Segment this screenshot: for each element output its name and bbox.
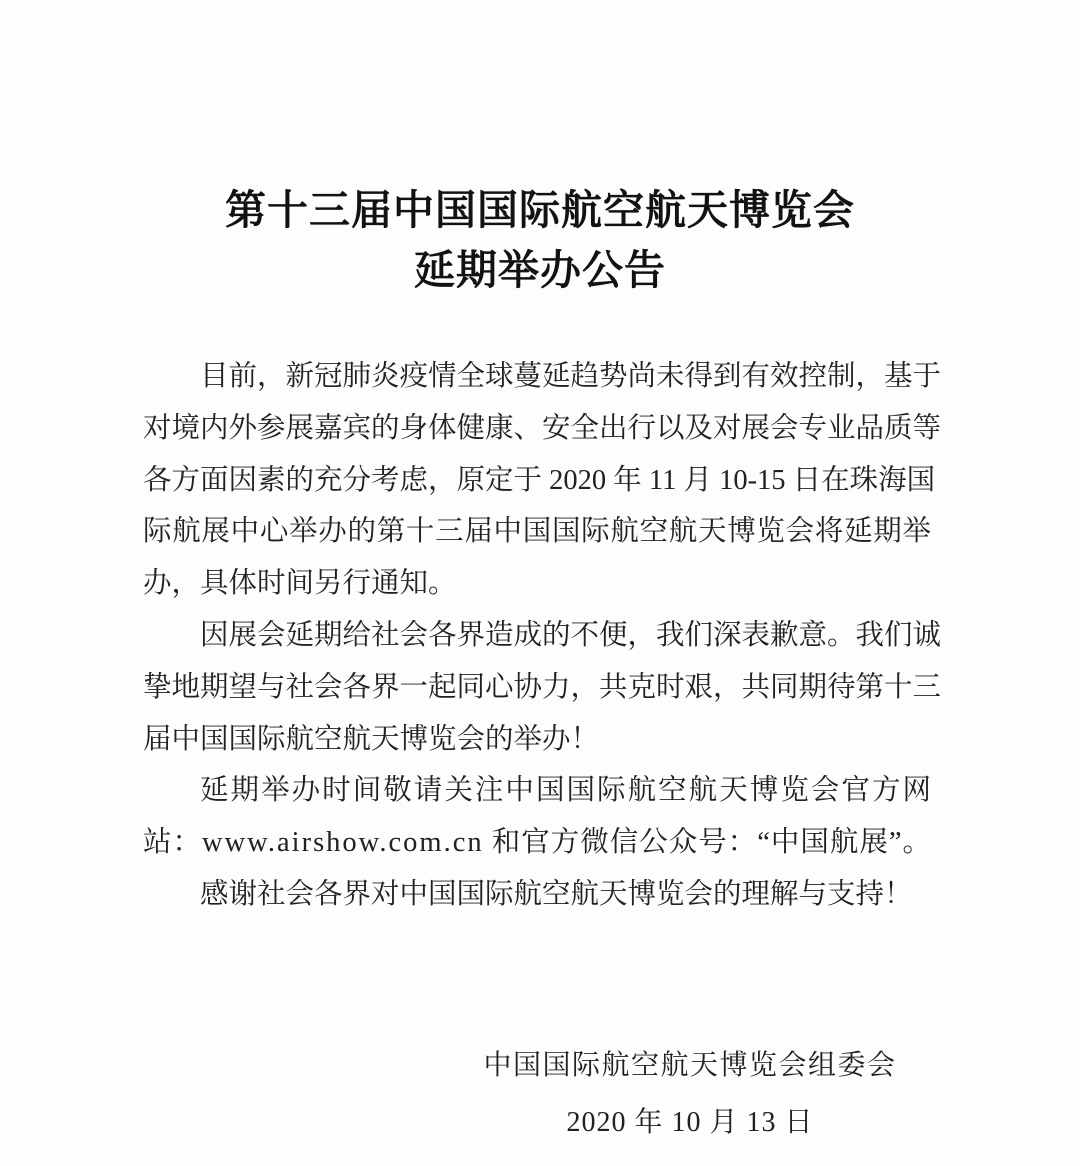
- body-line: 因展会延期给社会各界造成的不便，我们深表歉意。我们诚: [143, 610, 931, 662]
- title-line-2: 延期举办公告: [0, 240, 1080, 300]
- body-line: 届中国国际航空航天博览会的举办！: [143, 714, 931, 766]
- document-title: 第十三届中国国际航空航天博览会 延期举办公告: [0, 180, 1080, 300]
- body-line: 挚地期望与社会各界一起同心协力，共克时艰，共同期待第十三: [143, 662, 931, 714]
- website-url: www.airshow.com.cn: [202, 827, 484, 858]
- body-line: 办，具体时间另行通知。: [143, 558, 931, 610]
- body-line: 感谢社会各界对中国国际航空航天博览会的理解与支持！: [143, 869, 931, 921]
- body-line: 延期举办时间敬请关注中国国际航空航天博览会官方网: [143, 765, 931, 817]
- body-line: 对境内外参展嘉宾的身体健康、安全出行以及对展会专业品质等: [143, 403, 931, 455]
- signature-block: 中国国际航空航天博览会组委会 2020 年 10 月 13 日: [470, 1037, 910, 1151]
- title-line-1: 第十三届中国国际航空航天博览会: [0, 180, 1080, 240]
- signature-date: 2020 年 10 月 13 日: [470, 1094, 910, 1151]
- url-prefix: 站：: [143, 827, 202, 858]
- announcement-page: 第十三届中国国际航空航天博览会 延期举办公告 目前，新冠肺炎疫情全球蔓延趋势尚未…: [0, 0, 1080, 1166]
- url-suffix: 和官方微信公众号：“中国航展”。: [484, 827, 931, 858]
- signature-organization: 中国国际航空航天博览会组委会: [470, 1037, 910, 1094]
- document-body: 目前，新冠肺炎疫情全球蔓延趋势尚未得到有效控制，基于 对境内外参展嘉宾的身体健康…: [143, 351, 931, 921]
- body-line: 各方面因素的充分考虑，原定于 2020 年 11 月 10-15 日在珠海国: [143, 455, 931, 507]
- body-line-with-url: 站：www.airshow.com.cn 和官方微信公众号：“中国航展”。: [143, 817, 931, 869]
- body-line: 际航展中心举办的第十三届中国国际航空航天博览会将延期举: [143, 506, 931, 558]
- body-line: 目前，新冠肺炎疫情全球蔓延趋势尚未得到有效控制，基于: [143, 351, 931, 403]
